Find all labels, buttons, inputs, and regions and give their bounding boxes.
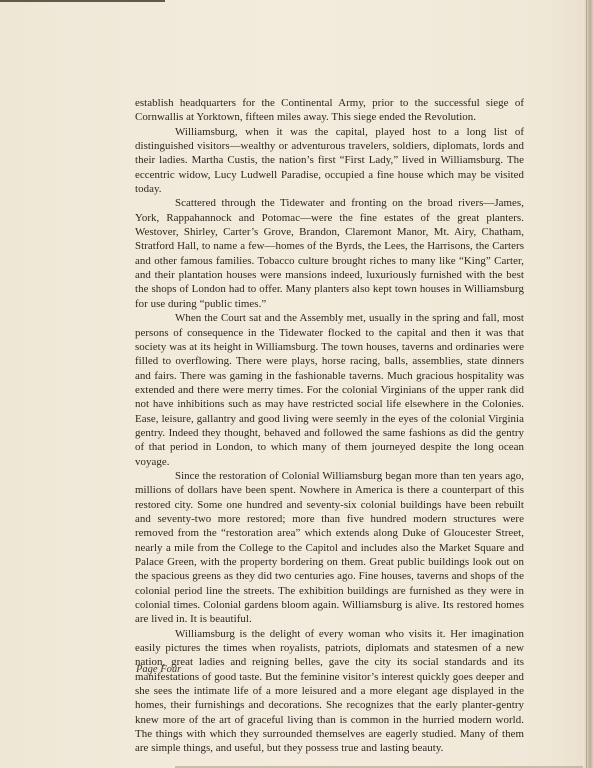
page-edge-line [586, 0, 587, 768]
body-text: establish headquarters for the Continent… [135, 96, 524, 756]
paragraph-continuation: establish headquarters for the Continent… [135, 96, 524, 125]
paragraph-restoration: Since the restoration of Colonial Willia… [135, 469, 524, 627]
page-binding-edge [583, 0, 593, 768]
paragraph-visitors: Williamsburg, when it was the capital, p… [135, 125, 524, 197]
book-page: establish headquarters for the Continent… [0, 0, 593, 768]
paragraph-feminine-visitor: Williamsburg is the delight of every wom… [135, 627, 524, 756]
paragraph-estates: Scattered through the Tidewater and fron… [135, 196, 524, 311]
paragraph-society: When the Court sat and the Assembly met,… [135, 311, 524, 469]
page-number: Page Four [136, 664, 181, 675]
scan-top-edge [0, 0, 165, 2]
